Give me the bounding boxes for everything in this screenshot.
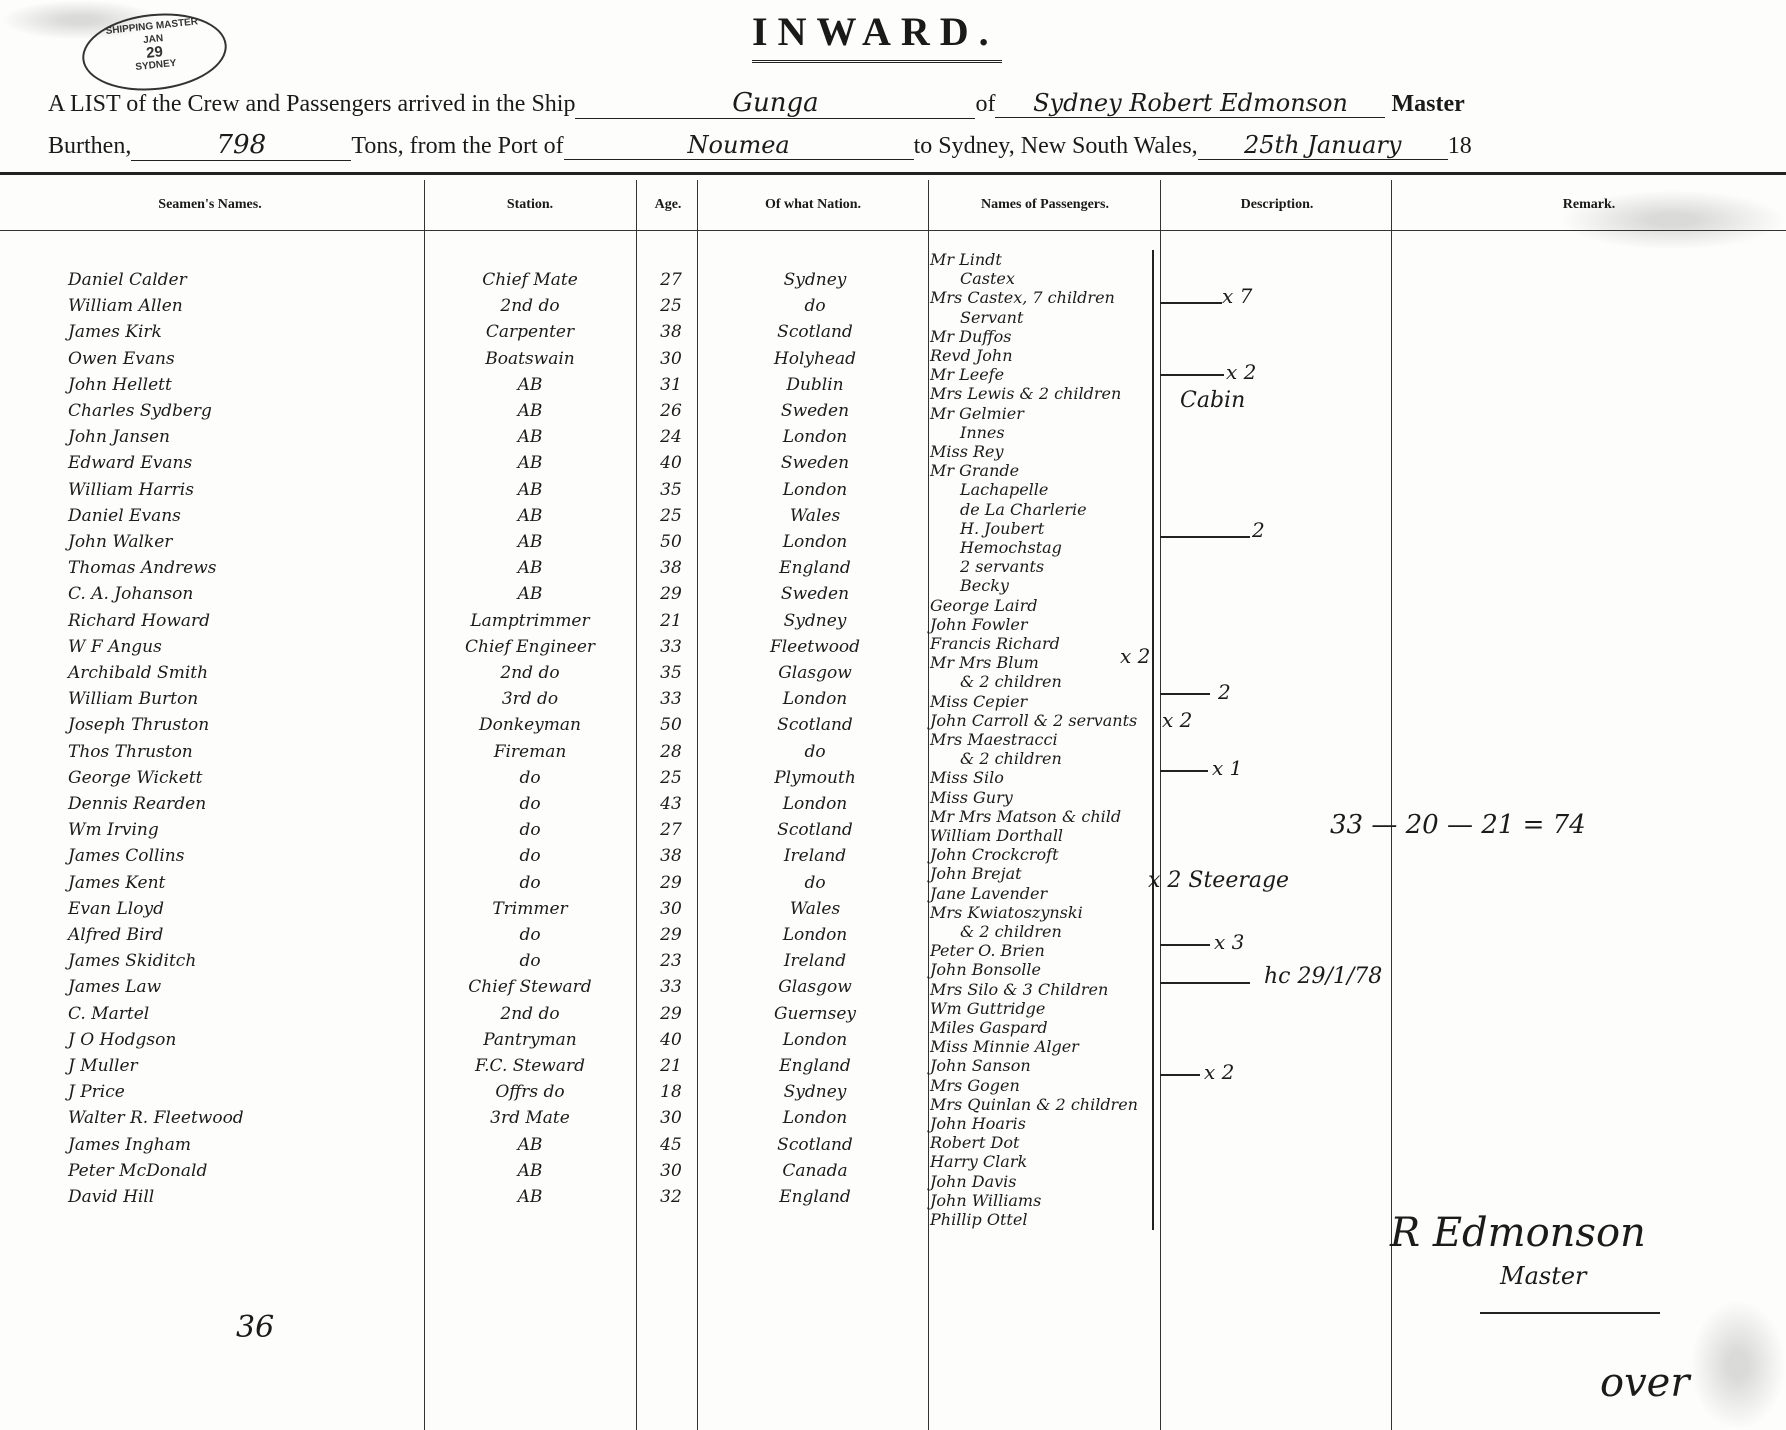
description-line bbox=[1160, 770, 1208, 772]
crew-seaman-name: W F Angus bbox=[68, 637, 418, 663]
crew-age: 29 bbox=[642, 1004, 700, 1030]
form-title: INWARD. bbox=[752, 8, 999, 55]
crew-age: 25 bbox=[642, 506, 700, 532]
crew-station: Trimmer bbox=[430, 899, 630, 925]
crew-total: 36 bbox=[236, 1310, 274, 1336]
header-rule bbox=[0, 172, 1786, 175]
crew-station: 2nd do bbox=[430, 296, 630, 322]
crew-seaman-name: James Ingham bbox=[68, 1135, 418, 1161]
crew-seaman-name: Edward Evans bbox=[68, 453, 418, 479]
description-cabin: Cabin bbox=[1180, 388, 1245, 413]
crew-seaman-name: Daniel Calder bbox=[68, 270, 418, 296]
description-line bbox=[1160, 1074, 1200, 1076]
group-brace bbox=[1152, 250, 1154, 430]
column-header-age: Age. bbox=[638, 197, 698, 213]
crew-nation: Scotland bbox=[710, 715, 920, 741]
column-header-nation: Of what Nation. bbox=[698, 197, 928, 213]
crew-nation: Sydney bbox=[710, 270, 920, 296]
crew-seaman-name: Wm Irving bbox=[68, 820, 418, 846]
description-line bbox=[1160, 982, 1250, 984]
crew-seaman-name: Peter McDonald bbox=[68, 1161, 418, 1187]
crew-age: 32 bbox=[642, 1187, 700, 1213]
crew-station: Offrs do bbox=[430, 1082, 630, 1108]
crew-station: AB bbox=[430, 453, 630, 479]
crew-station: Donkeyman bbox=[430, 715, 630, 741]
crew-age: 23 bbox=[642, 951, 700, 977]
crew-nation: London bbox=[710, 689, 920, 715]
description-matson: x 1 bbox=[1212, 756, 1242, 780]
crew-age: 40 bbox=[642, 453, 700, 479]
crew-station: AB bbox=[430, 427, 630, 453]
crew-nation: London bbox=[710, 925, 920, 951]
crew-station: Chief Steward bbox=[430, 977, 630, 1003]
description-line bbox=[1160, 374, 1224, 376]
crew-seaman-name: Thomas Andrews bbox=[68, 558, 418, 584]
crew-nation: Scotland bbox=[710, 1135, 920, 1161]
crew-station: AB bbox=[430, 506, 630, 532]
crew-station: AB bbox=[430, 401, 630, 427]
crew-seaman-name: J O Hodgson bbox=[68, 1030, 418, 1056]
crew-seaman-name: William Burton bbox=[68, 689, 418, 715]
crew-nation: London bbox=[710, 480, 920, 506]
year-label: 18 bbox=[1448, 133, 1472, 159]
master-signature: R Edmonson bbox=[1390, 1210, 1646, 1256]
crew-age: 29 bbox=[642, 925, 700, 951]
ship-name-field: Gunga bbox=[575, 88, 975, 119]
description-gaspard-note: hc 29/1/78 bbox=[1264, 964, 1382, 989]
crew-nation: Holyhead bbox=[710, 349, 920, 375]
of-label: of bbox=[975, 91, 995, 117]
column-header-passengers: Names of Passengers. bbox=[930, 197, 1160, 213]
crew-nation: London bbox=[710, 1108, 920, 1134]
description-group1: x 7 bbox=[1222, 284, 1252, 308]
crew-station: Chief Mate bbox=[430, 270, 630, 296]
crew-seaman-name: Richard Howard bbox=[68, 611, 418, 637]
crew-station: Boatswain bbox=[430, 349, 630, 375]
crew-nation: Fleetwood bbox=[710, 637, 920, 663]
burthen-field: 798 bbox=[131, 130, 351, 161]
crew-age: 30 bbox=[642, 899, 700, 925]
crew-seaman-name: Archibald Smith bbox=[68, 663, 418, 689]
crew-age: 27 bbox=[642, 820, 700, 846]
crew-station: AB bbox=[430, 375, 630, 401]
crew-age: 29 bbox=[642, 584, 700, 610]
crew-age: 28 bbox=[642, 742, 700, 768]
crew-station: do bbox=[430, 846, 630, 872]
crew-seaman-name: John Jansen bbox=[68, 427, 418, 453]
description-blum: x 2 bbox=[1120, 644, 1150, 668]
crew-station: AB bbox=[430, 584, 630, 610]
crew-nation: Dublin bbox=[710, 375, 920, 401]
description-group2: x 2 bbox=[1226, 360, 1256, 384]
master-signature-title: Master bbox=[1500, 1262, 1587, 1290]
crew-station: AB bbox=[430, 1187, 630, 1213]
description-silo: x 3 bbox=[1214, 930, 1244, 954]
crew-nation: Sydney bbox=[710, 611, 920, 637]
crew-station: 2nd do bbox=[430, 1004, 630, 1030]
crew-seaman-name: J Muller bbox=[68, 1056, 418, 1082]
crew-age: 29 bbox=[642, 873, 700, 899]
crew-seaman-name: Walter R. Fleetwood bbox=[68, 1108, 418, 1134]
crew-nation: London bbox=[710, 532, 920, 558]
crew-nation: Sweden bbox=[710, 401, 920, 427]
description-group3: 2 bbox=[1252, 518, 1265, 542]
crew-seaman-name: Evan Lloyd bbox=[68, 899, 418, 925]
column-divider bbox=[424, 180, 425, 1430]
crew-age: 35 bbox=[642, 663, 700, 689]
ship-of-master-field: Sydney Robert Edmonson bbox=[995, 89, 1385, 118]
crew-seaman-name: J Price bbox=[68, 1082, 418, 1108]
burthen-label: Burthen, bbox=[48, 133, 131, 159]
crew-nation: England bbox=[710, 1056, 920, 1082]
crew-station: Chief Engineer bbox=[430, 637, 630, 663]
crew-age: 27 bbox=[642, 270, 700, 296]
crew-seaman-name: Joseph Thruston bbox=[68, 715, 418, 741]
header-line-ship: A LIST of the Crew and Passengers arrive… bbox=[48, 88, 1465, 119]
crew-station: AB bbox=[430, 532, 630, 558]
crew-nation: Ireland bbox=[710, 951, 920, 977]
group-brace bbox=[1152, 580, 1154, 1230]
crew-seaman-name: John Hellett bbox=[68, 375, 418, 401]
crew-seaman-name: William Harris bbox=[68, 480, 418, 506]
crew-station: AB bbox=[430, 480, 630, 506]
crew-nation: Scotland bbox=[710, 820, 920, 846]
crew-station: Pantryman bbox=[430, 1030, 630, 1056]
crew-nation: England bbox=[710, 1187, 920, 1213]
description-carroll: 2 bbox=[1218, 680, 1231, 704]
crew-nation: Glasgow bbox=[710, 663, 920, 689]
crew-age: 40 bbox=[642, 1030, 700, 1056]
crew-age: 33 bbox=[642, 977, 700, 1003]
list-label: A LIST of the Crew and Passengers arrive… bbox=[48, 91, 575, 117]
master-label: Master bbox=[1391, 91, 1464, 117]
crew-seaman-name: C. Martel bbox=[68, 1004, 418, 1030]
crew-age: 30 bbox=[642, 349, 700, 375]
crew-seaman-name: Charles Sydberg bbox=[68, 401, 418, 427]
crew-seaman-name: Dennis Rearden bbox=[68, 794, 418, 820]
crew-age: 50 bbox=[642, 715, 700, 741]
crew-age: 21 bbox=[642, 611, 700, 637]
crew-age: 30 bbox=[642, 1161, 700, 1187]
crew-nation: Scotland bbox=[710, 322, 920, 348]
signature-underline bbox=[1480, 1312, 1660, 1314]
column-header-description: Description. bbox=[1162, 197, 1392, 213]
header-line-burthen: Burthen,798Tons, from the Port ofNoumeat… bbox=[48, 130, 1472, 161]
crew-station: 3rd do bbox=[430, 689, 630, 715]
crew-seaman-name: Owen Evans bbox=[68, 349, 418, 375]
crew-nation: Wales bbox=[710, 506, 920, 532]
crew-seaman-name: David Hill bbox=[68, 1187, 418, 1213]
crew-age: 25 bbox=[642, 768, 700, 794]
title-underline bbox=[752, 60, 1002, 63]
group-brace bbox=[1152, 430, 1154, 580]
crew-age: 38 bbox=[642, 846, 700, 872]
crew-seaman-name: James Collins bbox=[68, 846, 418, 872]
crew-station: do bbox=[430, 925, 630, 951]
crew-age: 24 bbox=[642, 427, 700, 453]
crew-station: do bbox=[430, 768, 630, 794]
crew-nation: Sweden bbox=[710, 453, 920, 479]
description-line bbox=[1160, 693, 1210, 695]
crew-station: do bbox=[430, 820, 630, 846]
crew-station: AB bbox=[430, 1161, 630, 1187]
column-divider bbox=[928, 180, 929, 1430]
tons-port-label: Tons, from the Port of bbox=[351, 133, 563, 159]
crew-age: 26 bbox=[642, 401, 700, 427]
crew-seaman-name: George Wickett bbox=[68, 768, 418, 794]
paper-stain bbox=[1690, 1300, 1786, 1430]
crew-seaman-name: C. A. Johanson bbox=[68, 584, 418, 610]
column-header-seamen: Seamen's Names. bbox=[0, 197, 420, 213]
crew-station: F.C. Steward bbox=[430, 1056, 630, 1082]
crew-age: 33 bbox=[642, 689, 700, 715]
crew-seaman-name: Daniel Evans bbox=[68, 506, 418, 532]
crew-nation: do bbox=[710, 742, 920, 768]
crew-station: 2nd do bbox=[430, 663, 630, 689]
crew-nation: Sweden bbox=[710, 584, 920, 610]
crew-station: AB bbox=[430, 1135, 630, 1161]
description-maestracci: x 2 bbox=[1162, 708, 1192, 732]
crew-age: 35 bbox=[642, 480, 700, 506]
crew-age: 18 bbox=[642, 1082, 700, 1108]
crew-nation: Ireland bbox=[710, 846, 920, 872]
crew-seaman-name: James Law bbox=[68, 977, 418, 1003]
crew-seaman-name: William Allen bbox=[68, 296, 418, 322]
port-field: Noumea bbox=[564, 131, 914, 160]
crew-age: 50 bbox=[642, 532, 700, 558]
column-header-rule bbox=[0, 230, 1786, 231]
crew-nation: Canada bbox=[710, 1161, 920, 1187]
column-header-station: Station. bbox=[425, 197, 635, 213]
crew-seaman-name: John Walker bbox=[68, 532, 418, 558]
column-header-remark: Remark. bbox=[1392, 197, 1786, 213]
crew-nation: Guernsey bbox=[710, 1004, 920, 1030]
crew-seaman-name: James Kent bbox=[68, 873, 418, 899]
crew-age: 43 bbox=[642, 794, 700, 820]
crew-station: Carpenter bbox=[430, 322, 630, 348]
crew-seaman-name: Alfred Bird bbox=[68, 925, 418, 951]
column-divider bbox=[636, 180, 637, 1430]
description-line bbox=[1160, 536, 1250, 538]
crew-station: do bbox=[430, 951, 630, 977]
crew-nation: London bbox=[710, 1030, 920, 1056]
passenger-name: Phillip Ottel bbox=[930, 1210, 1027, 1232]
crew-age: 33 bbox=[642, 637, 700, 663]
crew-nation: Plymouth bbox=[710, 768, 920, 794]
crew-station: Fireman bbox=[430, 742, 630, 768]
column-divider bbox=[1160, 180, 1161, 1430]
crew-station: do bbox=[430, 794, 630, 820]
description-quinlan: x 2 bbox=[1204, 1060, 1234, 1084]
crew-seaman-name: James Skiditch bbox=[68, 951, 418, 977]
remark-tally: 33 — 20 — 21 = 74 bbox=[1330, 810, 1586, 840]
crew-nation: do bbox=[710, 873, 920, 899]
crew-age: 38 bbox=[642, 322, 700, 348]
crew-age: 25 bbox=[642, 296, 700, 322]
description-steerage: x 2 Steerage bbox=[1148, 868, 1289, 893]
crew-nation: England bbox=[710, 558, 920, 584]
date-field: 25th January bbox=[1198, 131, 1448, 160]
over-note: over bbox=[1600, 1360, 1689, 1406]
description-line bbox=[1160, 302, 1222, 304]
crew-nation: Glasgow bbox=[710, 977, 920, 1003]
crew-nation: London bbox=[710, 794, 920, 820]
crew-seaman-name: James Kirk bbox=[68, 322, 418, 348]
description-line bbox=[1160, 944, 1210, 946]
crew-nation: London bbox=[710, 427, 920, 453]
crew-station: do bbox=[430, 873, 630, 899]
crew-seaman-name: Thos Thruston bbox=[68, 742, 418, 768]
crew-age: 30 bbox=[642, 1108, 700, 1134]
crew-station: AB bbox=[430, 558, 630, 584]
crew-station: Lamptrimmer bbox=[430, 611, 630, 637]
crew-age: 21 bbox=[642, 1056, 700, 1082]
crew-nation: do bbox=[710, 296, 920, 322]
crew-nation: Wales bbox=[710, 899, 920, 925]
crew-age: 31 bbox=[642, 375, 700, 401]
crew-age: 38 bbox=[642, 558, 700, 584]
crew-age: 45 bbox=[642, 1135, 700, 1161]
destination-label: to Sydney, New South Wales, bbox=[914, 133, 1198, 159]
crew-nation: Sydney bbox=[710, 1082, 920, 1108]
crew-station: 3rd Mate bbox=[430, 1108, 630, 1134]
